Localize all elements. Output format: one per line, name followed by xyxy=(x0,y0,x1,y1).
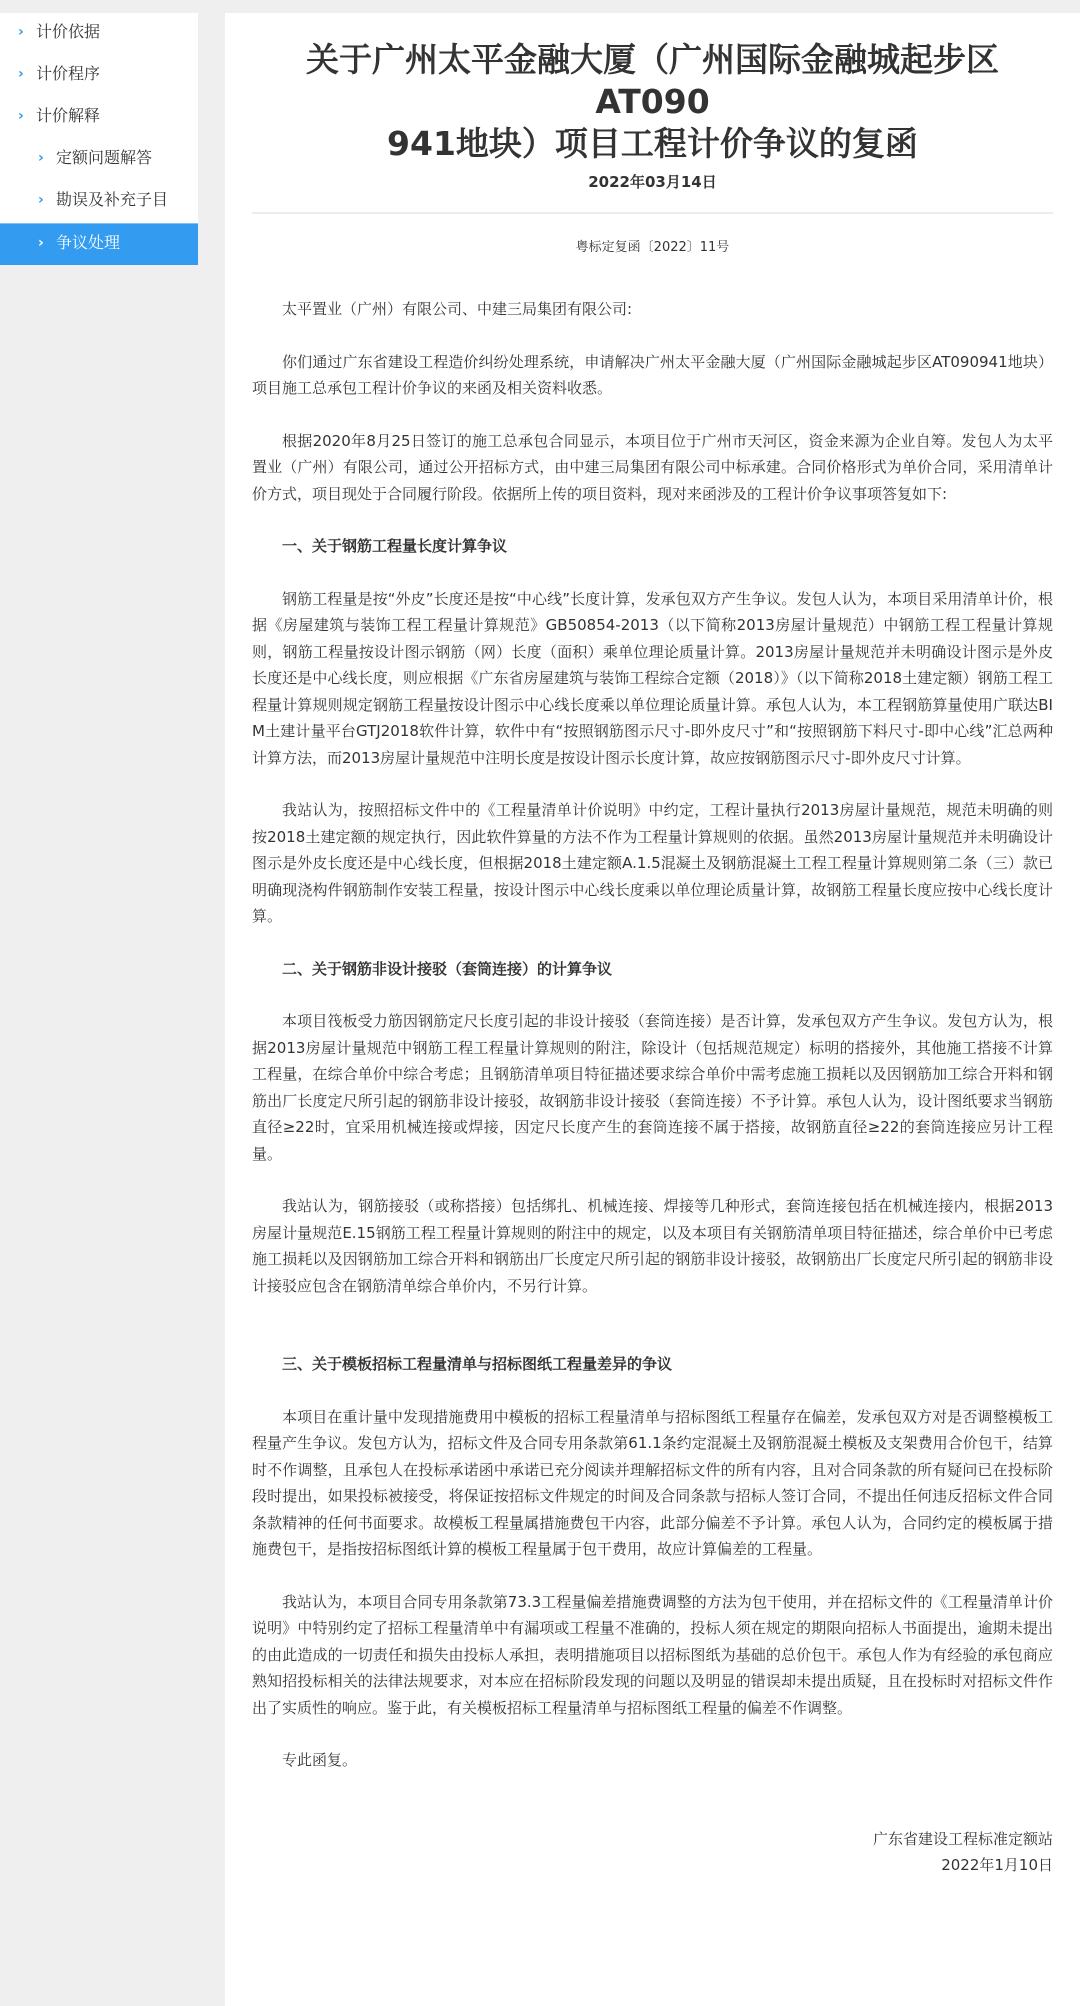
intro-paragraph: 根据2020年8月25日签订的施工总承包合同显示，本项目位于广州市天河区，资金来… xyxy=(252,428,1053,508)
divider xyxy=(252,212,1053,214)
chevron-right-icon: › xyxy=(18,97,24,135)
sidebar-item-label: 计价解释 xyxy=(36,97,100,135)
sidebar-item-label: 定额问题解答 xyxy=(56,139,152,177)
sidebar-item-pricing-interpretation[interactable]: › 计价解释 xyxy=(0,97,198,139)
sidebar-item-quota-qa[interactable]: › 定额问题解答 xyxy=(0,139,198,181)
content-panel: 关于广州太平金融大厦（广州国际金融城起步区AT090 941地块）项目工程计价争… xyxy=(225,13,1080,2006)
sidebar-item-label: 争议处理 xyxy=(56,224,120,262)
chevron-right-icon: › xyxy=(38,139,44,177)
section-heading: 一、关于钢筋工程量长度计算争议 xyxy=(252,533,1053,560)
sidebar-nav: › 计价依据 › 计价程序 › 计价解释 › 定额问题解答 › 勘误及补充子目 … xyxy=(0,13,198,265)
sidebar-item-label: 计价依据 xyxy=(36,13,100,51)
chevron-right-icon: › xyxy=(38,181,44,219)
chevron-right-icon: › xyxy=(18,55,24,93)
section-paragraph: 本项目在重计量中发现措施费用中模板的招标工程量清单与招标图纸工程量存在偏差，发承… xyxy=(252,1404,1053,1563)
page: › 计价依据 › 计价程序 › 计价解释 › 定额问题解答 › 勘误及补充子目 … xyxy=(0,0,1080,2006)
section-heading: 二、关于钢筋非设计接驳（套筒连接）的计算争议 xyxy=(252,956,1053,983)
sidebar-item-label: 计价程序 xyxy=(36,55,100,93)
signature-date: 2022年1月10日 xyxy=(252,1852,1053,1879)
signature-organization: 广东省建设工程标准定额站 xyxy=(252,1826,1053,1853)
title-line-1: 关于广州太平金融大厦（广州国际金融城起步区AT090 xyxy=(306,40,999,121)
section-paragraph: 我站认为，本项目合同专用条款第73.3工程量偏差措施费调整的方法为包干使用，并在… xyxy=(252,1589,1053,1722)
intro-paragraph: 你们通过广东省建设工程造价纠纷处理系统，申请解决广州太平金融大厦（广州国际金融城… xyxy=(252,349,1053,402)
chevron-right-icon: › xyxy=(38,224,44,262)
sidebar-item-pricing-procedure[interactable]: › 计价程序 xyxy=(0,55,198,97)
sidebar-item-pricing-basis[interactable]: › 计价依据 xyxy=(0,13,198,55)
title-line-2: 941地块）项目工程计价争议的复函 xyxy=(387,124,918,163)
sidebar-item-errata-supplements[interactable]: › 勘误及补充子目 xyxy=(0,181,198,223)
sidebar-item-dispute-handling[interactable]: › 争议处理 xyxy=(0,223,198,265)
salutation: 太平置业（广州）有限公司、中建三局集团有限公司: xyxy=(252,296,1053,323)
document-number: 粤标定复函〔2022〕11号 xyxy=(252,238,1053,258)
section-paragraph: 我站认为，钢筋接驳（或称搭接）包括绑扎、机械连接、焊接等几种形式，套筒连接包括在… xyxy=(252,1193,1053,1299)
section-paragraph: 本项目筏板受力筋因钢筋定尺长度引起的非设计接驳（套筒连接）是否计算，发承包双方产… xyxy=(252,1008,1053,1167)
chevron-right-icon: › xyxy=(18,13,24,51)
sidebar-item-label: 勘误及补充子目 xyxy=(56,181,168,219)
article: 关于广州太平金融大厦（广州国际金融城起步区AT090 941地块）项目工程计价争… xyxy=(252,13,1053,1879)
article-body: 太平置业（广州）有限公司、中建三局集团有限公司: 你们通过广东省建设工程造价纠纷… xyxy=(252,296,1053,1879)
page-title: 关于广州太平金融大厦（广州国际金融城起步区AT090 941地块）项目工程计价争… xyxy=(252,39,1053,165)
closing-remark: 专此函复。 xyxy=(252,1747,1053,1774)
section-paragraph: 我站认为，按照招标文件中的《工程量清单计价说明》中约定，工程计量执行2013房屋… xyxy=(252,797,1053,930)
section-heading: 三、关于模板招标工程量清单与招标图纸工程量差异的争议 xyxy=(252,1351,1053,1378)
section-paragraph: 钢筋工程量是按“外皮”长度还是按“中心线”长度计算，发承包双方产生争议。发包人认… xyxy=(252,586,1053,772)
publish-date: 2022年03月14日 xyxy=(252,171,1053,193)
